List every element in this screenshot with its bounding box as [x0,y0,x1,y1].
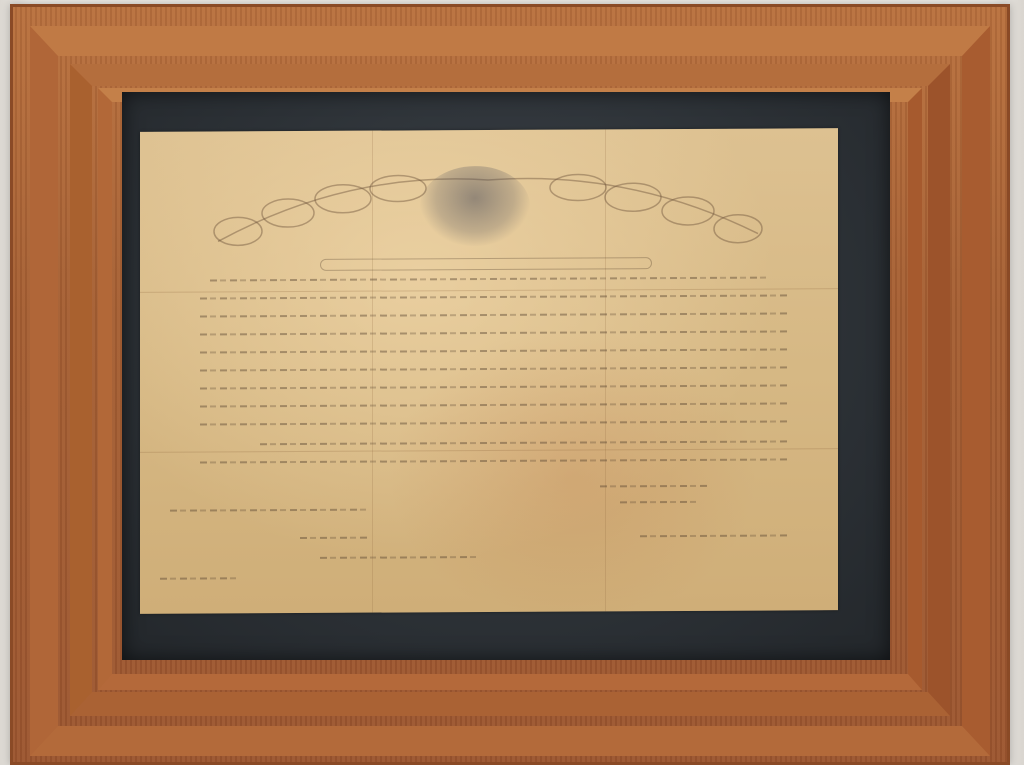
signature-line [640,534,790,537]
text-line [200,330,790,335]
text-line [200,366,790,371]
fold-line [140,288,838,293]
text-line [200,348,790,353]
text-line [200,312,790,317]
text-line [260,440,790,445]
fold-line [140,448,838,453]
signature-line [300,537,370,539]
text-line [200,384,790,389]
certificate-document [140,128,838,614]
eagle-emblem [420,166,530,247]
signature-line [620,501,700,503]
text-line [200,458,790,463]
text-line [210,277,770,282]
text-line [200,294,790,299]
subtitle-banner [320,257,652,271]
signature-line [320,556,480,559]
text-line [200,402,790,407]
text-line [200,420,790,425]
signature-line [600,485,710,488]
text-line [160,577,240,579]
signature-line [170,509,370,512]
